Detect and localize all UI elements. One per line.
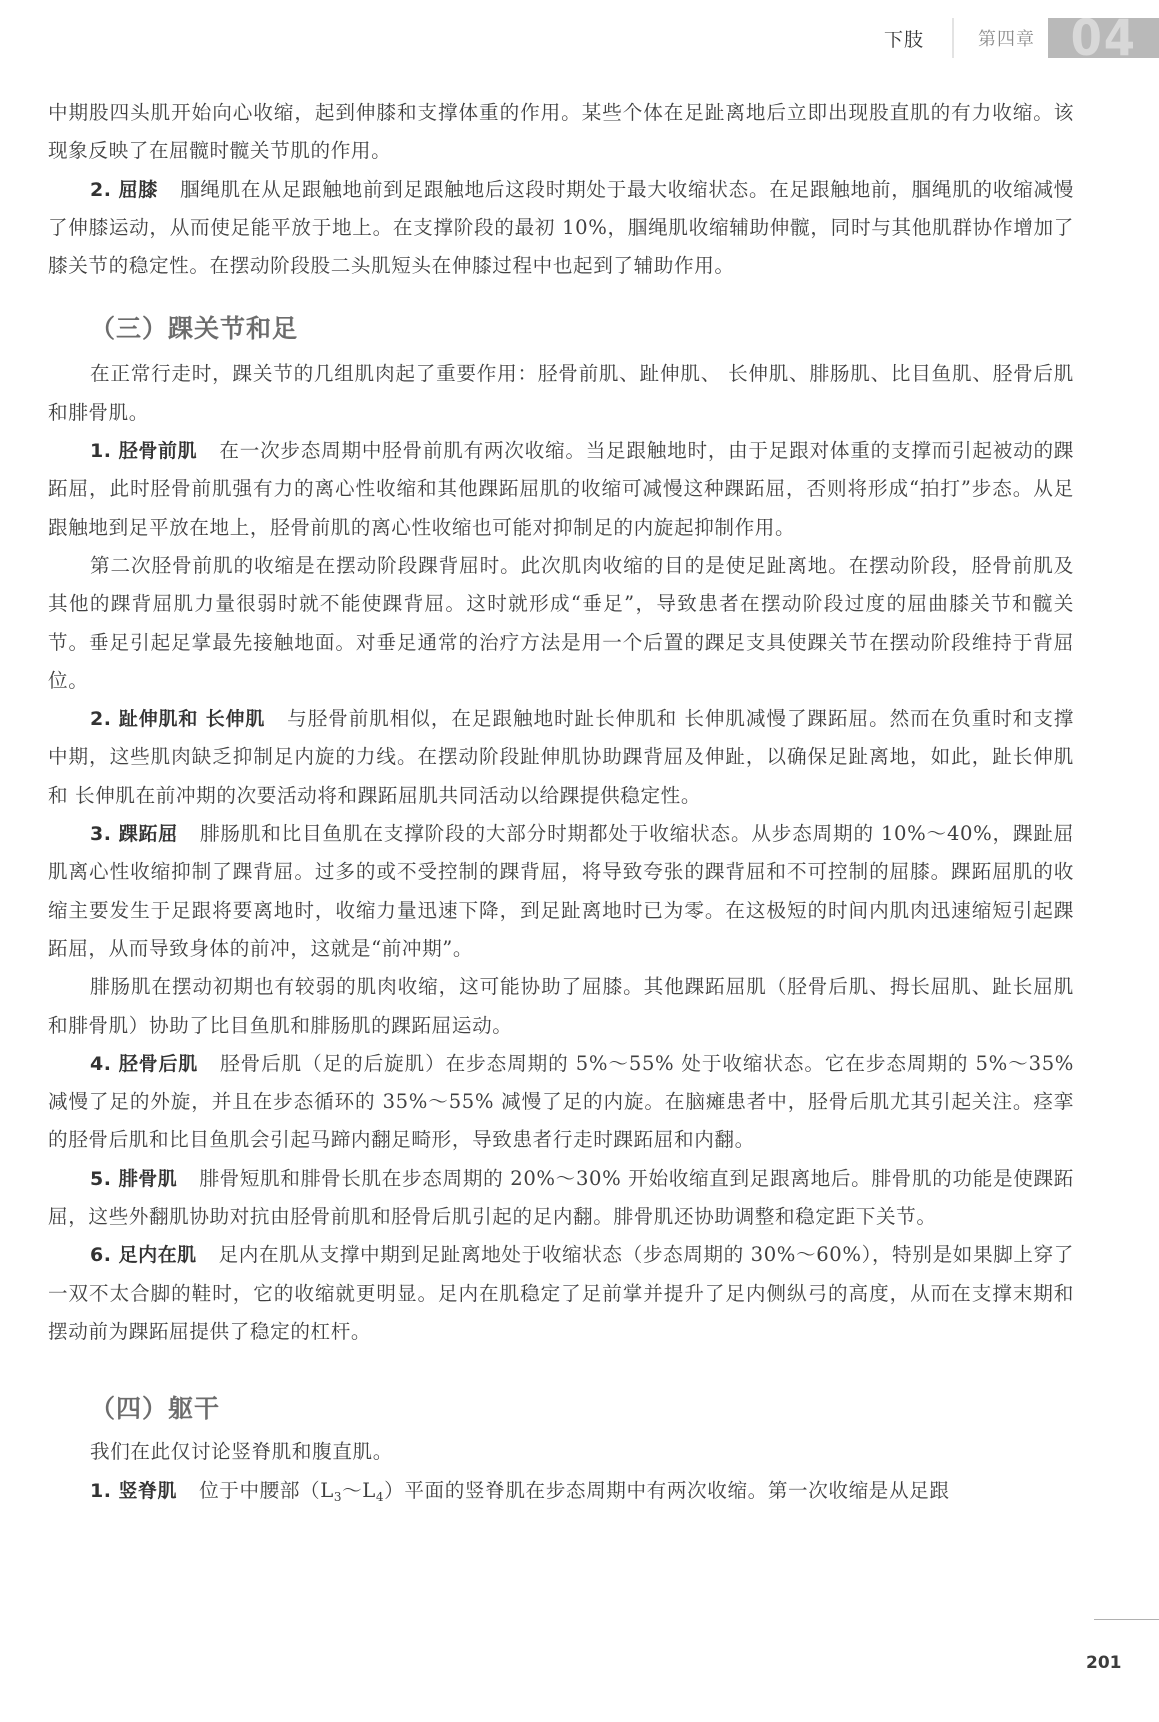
header-chapter-label: 第四章 [978,25,1035,51]
paragraph-toe-extensors: 2. 趾伸肌和 长伸肌与胫骨前肌相似，在足跟触地时趾长伸肌和 长伸肌减慢了踝跖屈… [48,700,1074,815]
item-lead: 1. 胫骨前肌 [90,440,197,462]
item-text: 位于中腰部（L [199,1479,334,1502]
item-lead: 1. 竖脊肌 [90,1480,177,1502]
paragraph-gastrocnemius: 腓肠肌在摆动初期也有较弱的肌肉收缩，这可能协助了屈膝。其他踝跖屈肌（胫骨后肌、拇… [48,968,1074,1045]
paragraph-knee-flexion: 2. 屈膝腘绳肌在从足跟触地前到足跟触地后这段时期处于最大收缩状态。在足跟触地前… [48,171,1074,286]
paragraph-tibialis-anterior: 1. 胫骨前肌在一次步态周期中胫骨前肌有两次收缩。当足跟触地时，由于足跟对体重的… [48,432,1074,547]
paragraph-tibialis-posterior: 4. 胫骨后肌胫骨后肌（足的后旋肌）在步态周期的 5%～55% 处于收缩状态。它… [48,1045,1074,1160]
item-text: 腓肠肌和比目鱼肌在支撑阶段的大部分时期都处于收缩状态。从步态周期的 10%～40… [48,822,1074,960]
margin-rule [1094,1619,1159,1620]
item-text: ～L [342,1479,376,1502]
item-lead: 5. 腓骨肌 [90,1168,177,1190]
paragraph-peroneus: 5. 腓骨肌腓骨短肌和腓骨长肌在步态周期的 20%～30% 开始收缩直到足跟离地… [48,1160,1074,1237]
item-lead: 6. 足内在肌 [90,1244,197,1266]
item-lead: 3. 踝跖屈 [90,823,178,845]
page-number: 201 [1086,1653,1122,1673]
subscript: 3 [334,1490,342,1504]
chapter-number-badge: 04 [1048,18,1159,58]
header-section-title: 下肢 [884,25,924,52]
item-lead: 4. 胫骨后肌 [90,1053,198,1075]
header-divider [952,18,954,58]
paragraph-plantar-flexion: 3. 踝跖屈腓肠肌和比目鱼肌在支撑阶段的大部分时期都处于收缩状态。从步态周期的 … [48,815,1074,968]
paragraph-erector-spinae: 1. 竖脊肌位于中腰部（L3～L4）平面的竖脊肌在步态周期中有两次收缩。第一次收… [48,1472,1074,1516]
item-text: 胫骨后肌（足的后旋肌）在步态周期的 5%～55% 处于收缩状态。它在步态周期的 … [48,1052,1074,1152]
paragraph-trunk-intro: 我们在此仅讨论竖脊肌和腹直肌。 [48,1433,1074,1471]
item-text: 在一次步态周期中胫骨前肌有两次收缩。当足跟触地时，由于足跟对体重的支撑而引起被动… [48,439,1074,539]
subscript: 4 [376,1490,384,1504]
section-heading-trunk: （四）躯干 [48,1389,1074,1425]
paragraph-ankle-intro: 在正常行走时，踝关节的几组肌肉起了重要作用：胫骨前肌、趾伸肌、 长伸肌、腓肠肌、… [48,355,1074,432]
item-lead: 2. 屈膝 [90,179,158,201]
item-text: 腘绳肌在从足跟触地前到足跟触地后这段时期处于最大收缩状态。在足跟触地前，腘绳肌的… [48,178,1074,278]
section-heading-ankle-foot: （三）踝关节和足 [48,309,1074,345]
item-lead: 2. 趾伸肌和 长伸肌 [90,708,265,730]
page-body: 中期股四头肌开始向心收缩，起到伸膝和支撑体重的作用。某些个体在足趾离地后立即出现… [48,94,1074,1516]
item-text: 足内在肌从支撑中期到足趾离地处于收缩状态（步态周期的 30%～60%），特别是如… [48,1243,1074,1343]
chapter-number: 04 [1070,18,1136,58]
running-header: 下肢 第四章 04 [884,18,1159,58]
paragraph-intrinsic-foot: 6. 足内在肌足内在肌从支撑中期到足趾离地处于收缩状态（步态周期的 30%～60… [48,1236,1074,1351]
item-text: 腓骨短肌和腓骨长肌在步态周期的 20%～30% 开始收缩直到足跟离地后。腓骨肌的… [48,1167,1074,1228]
item-text: ）平面的竖脊肌在步态周期中有两次收缩。第一次收缩是从足跟 [384,1479,949,1502]
paragraph-tibialis-second: 第二次胫骨前肌的收缩是在摆动阶段踝背屈时。此次肌肉收缩的目的是使足趾离地。在摆动… [48,547,1074,700]
paragraph-continued: 中期股四头肌开始向心收缩，起到伸膝和支撑体重的作用。某些个体在足趾离地后立即出现… [48,94,1074,171]
